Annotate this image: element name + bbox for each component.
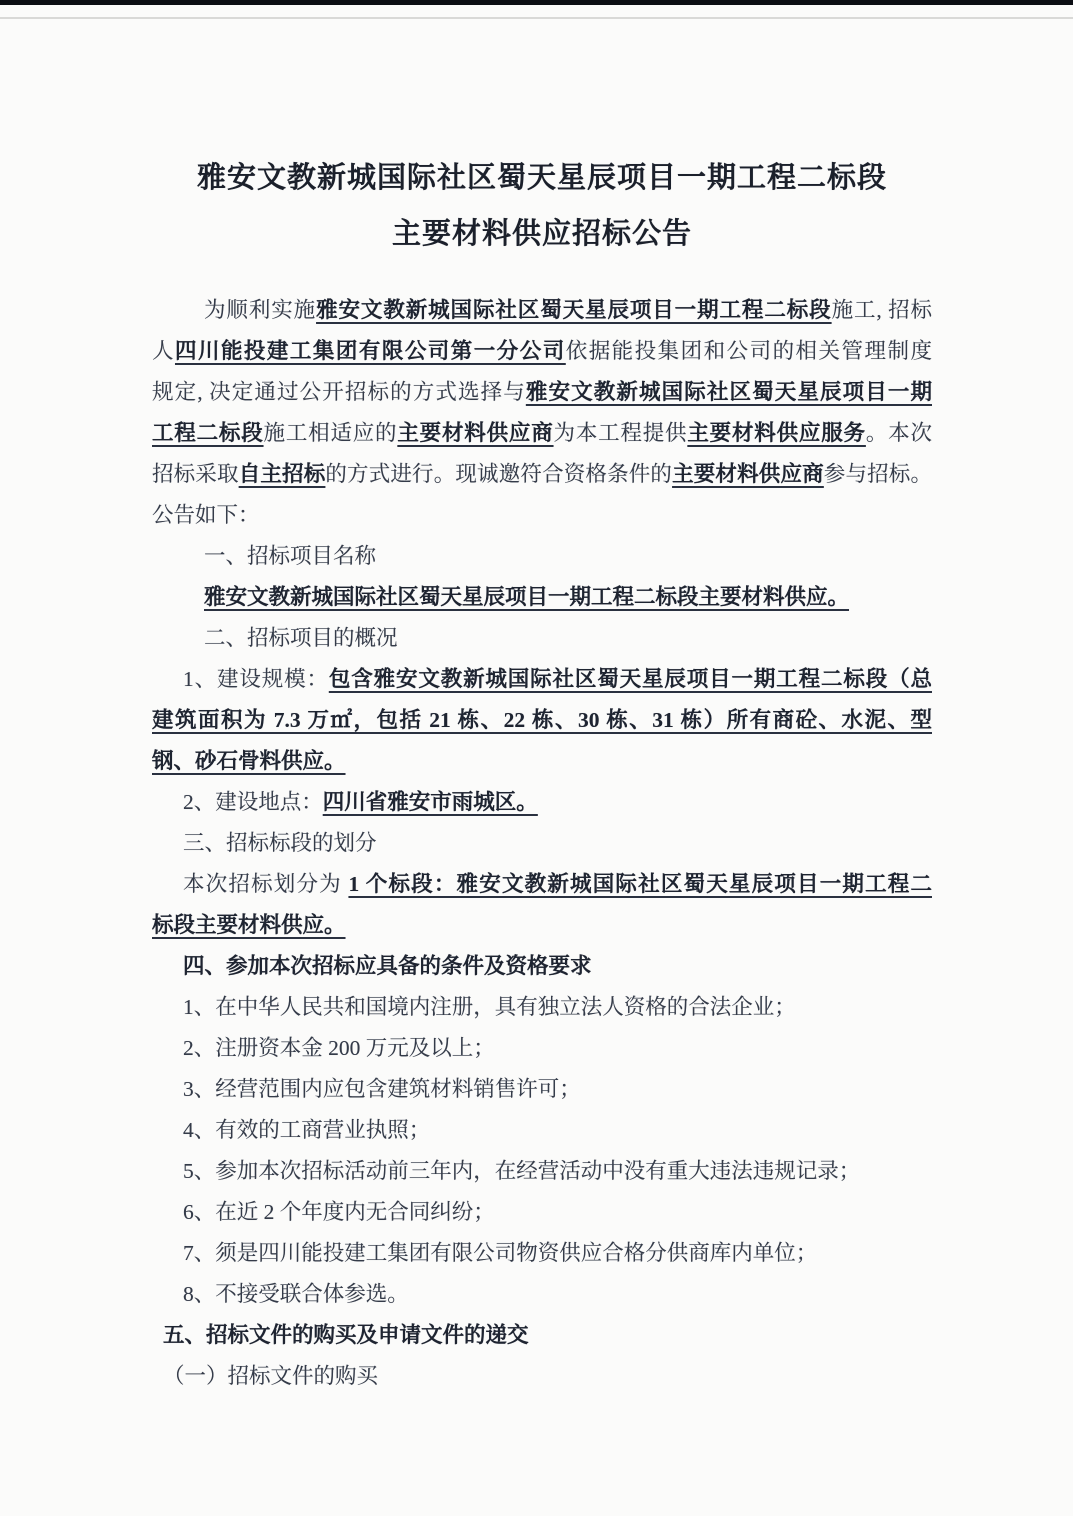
section-4-heading: 四、参加本次招标应具备的条件及资格要求 [152, 946, 932, 987]
emphasized-text-run: 包含雅安文教新城国际社区蜀天星辰项目一期工程二标段（总 [329, 667, 932, 691]
scale-item-line: 钢、砂石骨料供应。 [152, 741, 932, 782]
emphasized-text-run: 主要材料供应商 [672, 462, 824, 486]
bold-text-run: 五、招标文件的购买及申请文件的递交 [163, 1323, 529, 1347]
text-run: 二、招标项目的概况 [204, 626, 398, 650]
requirement-item: 6、在近 2 个年度内无合同纠纷； [152, 1192, 932, 1233]
lot-division-line: 标段主要材料供应。 [152, 905, 932, 946]
requirement-item: 7、须是四川能投建工集团有限公司物资供应合格分供商库内单位； [152, 1233, 932, 1274]
text-run: 规定, 决定通过公开招标的方式选择与 [152, 380, 526, 404]
scan-top-line-artifact [0, 17, 1073, 19]
text-run: 施工, 招标 [832, 298, 932, 322]
emphasized-text-run: 1 个标段：雅安文教新城国际社区蜀天星辰项目一期工程二 [348, 872, 932, 896]
emphasized-text-run: 标段主要材料供应。 [152, 913, 346, 937]
emphasized-text-run: 四川省雅安市雨城区。 [323, 790, 538, 814]
text-run: 招标采取 [152, 462, 239, 486]
requirement-item: 5、参加本次招标活动前三年内，在经营活动中没有重大违法违规记录； [152, 1151, 932, 1192]
requirement-item: 2、注册资本金 200 万元及以上； [152, 1028, 932, 1069]
document-content: 雅安文教新城国际社区蜀天星辰项目一期工程二标段 主要材料供应招标公告 为顺利实施… [152, 150, 932, 1397]
section-3-heading: 三、招标标段的划分 [152, 823, 932, 864]
text-run: 本次招标划分为 [183, 872, 348, 896]
text-run: 为本工程提供 [554, 421, 688, 445]
text-run: 三、招标标段的划分 [183, 831, 377, 855]
bold-text-run: 四、参加本次招标应具备的条件及资格要求 [183, 954, 592, 978]
text-run: 1、建设规模： [183, 667, 329, 691]
scan-top-edge-artifact [0, 0, 1073, 5]
text-run: 2、注册资本金 200 万元及以上； [183, 1036, 495, 1060]
title-line-1: 雅安文教新城国际社区蜀天星辰项目一期工程二标段 [152, 150, 932, 206]
section-5-heading: 五、招标文件的购买及申请文件的递交 [152, 1315, 932, 1356]
requirement-item: 4、有效的工商营业执照； [152, 1110, 932, 1151]
paragraph-line: 工程二标段施工相适应的主要材料供应商为本工程提供主要材料供应服务。本次 [152, 413, 932, 454]
requirement-item: 1、在中华人民共和国境内注册，具有独立法人资格的合法企业； [152, 987, 932, 1028]
emphasized-text-run: 主要材料供应商 [397, 421, 553, 445]
text-run: 公告如下： [152, 503, 260, 527]
text-run: 人 [152, 339, 175, 363]
paragraph-line: 人四川能投建工集团有限公司第一分公司依据能投集团和公司的相关管理制度 [152, 331, 932, 372]
emphasized-text-run: 雅安文教新城国际社区蜀天星辰项目一期工程二标段主要材料供应。 [204, 585, 849, 609]
emphasized-text-run: 建筑面积为 7.3 万㎡，包括 21 栋、22 栋、30 栋、31 栋）所有商砼… [152, 708, 932, 732]
text-run: 。本次 [866, 421, 932, 445]
paragraph-line: 公告如下： [152, 495, 932, 536]
section-2-heading: 二、招标项目的概况 [152, 618, 932, 659]
text-run: 施工相适应的 [264, 421, 398, 445]
text-run: 8、不接受联合体参选。 [183, 1282, 409, 1306]
text-run: 参与招标。 [824, 462, 932, 486]
text-run: 1、在中华人民共和国境内注册，具有独立法人资格的合法企业； [183, 995, 796, 1019]
text-run: 6、在近 2 个年度内无合同纠纷； [183, 1200, 495, 1224]
requirement-item: 3、经营范围内应包含建筑材料销售许可； [152, 1069, 932, 1110]
text-run: 5、参加本次招标活动前三年内，在经营活动中没有重大违法违规记录； [183, 1159, 860, 1183]
emphasized-text-run: 四川能投建工集团有限公司第一分公司 [175, 339, 566, 363]
text-run: 7、须是四川能投建工集团有限公司物资供应合格分供商库内单位； [183, 1241, 817, 1265]
paragraph-line: 招标采取自主招标的方式进行。现诚邀符合资格条件的主要材料供应商参与招标。 [152, 454, 932, 495]
scale-item-line: 建筑面积为 7.3 万㎡，包括 21 栋、22 栋、30 栋、31 栋）所有商砼… [152, 700, 932, 741]
project-name-line: 雅安文教新城国际社区蜀天星辰项目一期工程二标段主要材料供应。 [152, 577, 932, 618]
text-run: 的方式进行。现诚邀符合资格条件的 [325, 462, 672, 486]
requirement-item: 8、不接受联合体参选。 [152, 1274, 932, 1315]
emphasized-text-run: 工程二标段 [152, 421, 264, 445]
section-1-heading: 一、招标项目名称 [152, 536, 932, 577]
lot-division-line: 本次招标划分为 1 个标段：雅安文教新城国际社区蜀天星辰项目一期工程二 [152, 864, 932, 905]
text-run: 2、建设地点： [183, 790, 323, 814]
scanned-tender-announcement-page: 雅安文教新城国际社区蜀天星辰项目一期工程二标段 主要材料供应招标公告 为顺利实施… [0, 0, 1073, 1516]
paragraph-line: 规定, 决定通过公开招标的方式选择与雅安文教新城国际社区蜀天星辰项目一期 [152, 372, 932, 413]
location-item-line: 2、建设地点：四川省雅安市雨城区。 [152, 782, 932, 823]
text-run: 一、招标项目名称 [204, 544, 376, 568]
paragraph-line: 为顺利实施雅安文教新城国际社区蜀天星辰项目一期工程二标段施工, 招标 [152, 290, 932, 331]
text-run: （一）招标文件的购买 [163, 1364, 378, 1388]
emphasized-text-run: 雅安文教新城国际社区蜀天星辰项目一期 [526, 380, 932, 404]
emphasized-text-run: 钢、砂石骨料供应。 [152, 749, 346, 773]
emphasized-text-run: 自主招标 [239, 462, 326, 486]
text-run: 3、经营范围内应包含建筑材料销售许可； [183, 1077, 581, 1101]
text-run: 4、有效的工商营业执照； [183, 1118, 430, 1142]
emphasized-text-run: 雅安文教新城国际社区蜀天星辰项目一期工程二标段 [316, 298, 832, 322]
text-run: 依据能投集团和公司的相关管理制度 [566, 339, 932, 363]
text-run: 为顺利实施 [204, 298, 316, 322]
emphasized-text-run: 主要材料供应服务 [687, 421, 865, 445]
document-title: 雅安文教新城国际社区蜀天星辰项目一期工程二标段 主要材料供应招标公告 [152, 150, 932, 262]
scale-item-line: 1、建设规模：包含雅安文教新城国际社区蜀天星辰项目一期工程二标段（总 [152, 659, 932, 700]
section-5-sub-heading: （一）招标文件的购买 [152, 1356, 932, 1397]
title-line-2: 主要材料供应招标公告 [152, 206, 932, 262]
